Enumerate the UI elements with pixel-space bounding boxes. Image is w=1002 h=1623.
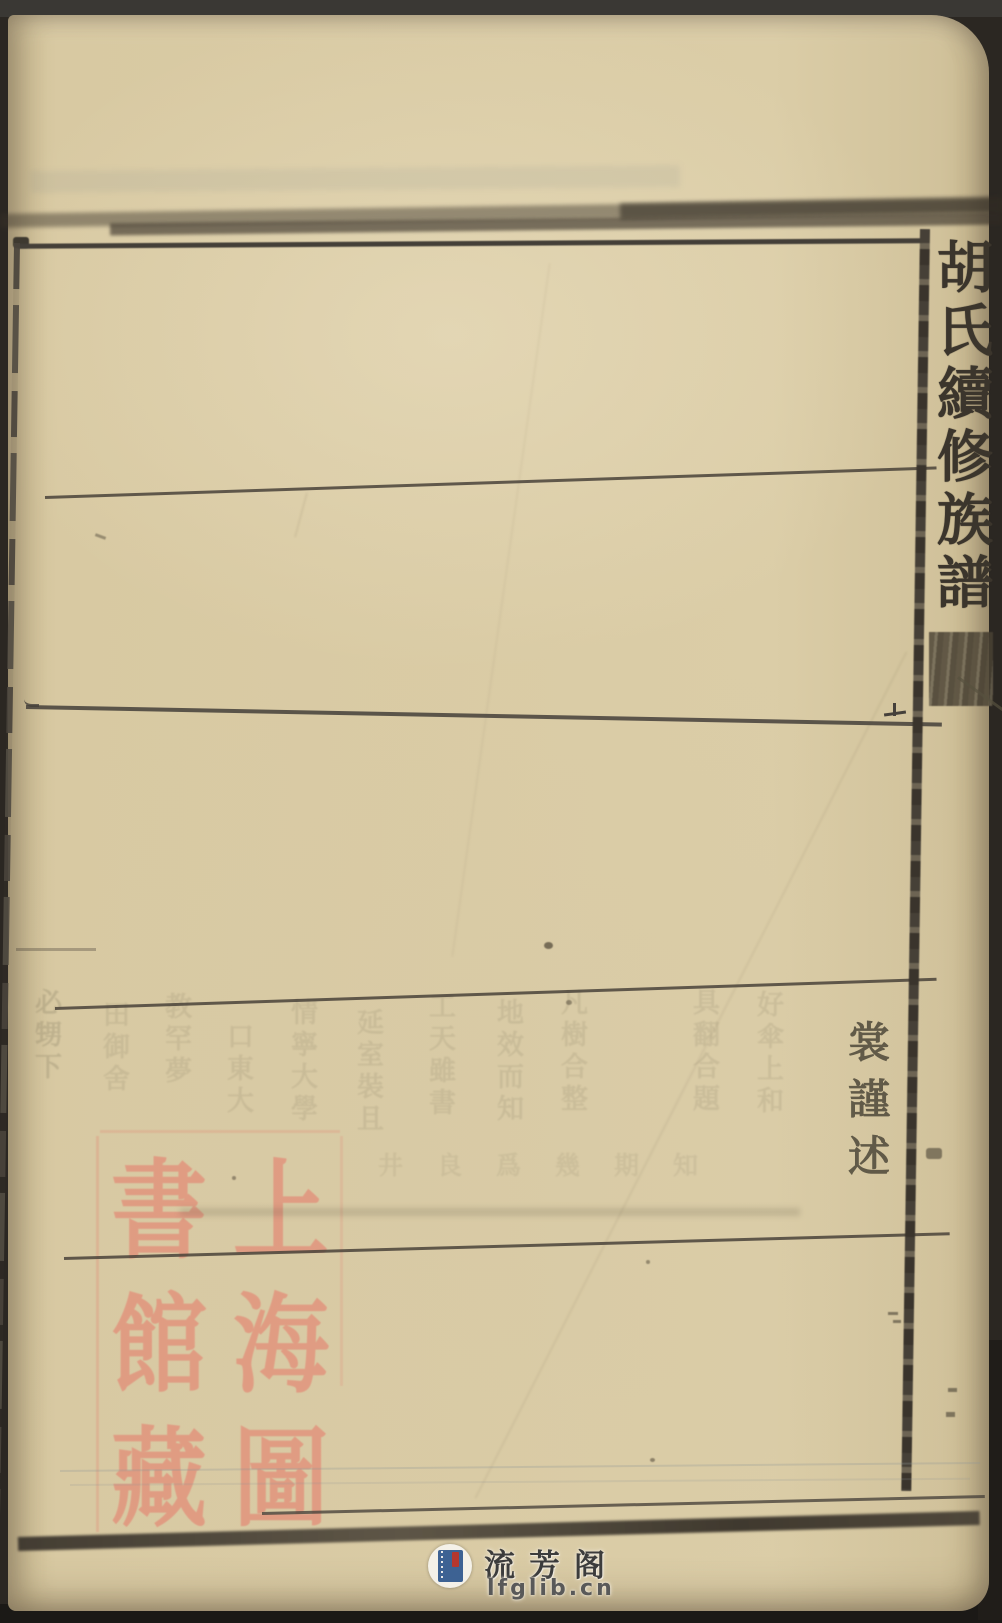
ink-smear bbox=[180, 1208, 800, 1216]
seal-border-right bbox=[340, 1136, 343, 1386]
seal-character: 海 bbox=[222, 1264, 340, 1407]
stain bbox=[650, 1458, 655, 1462]
seal-border-left bbox=[96, 1136, 99, 1532]
book-title-vertical: 胡氏續修族譜 bbox=[928, 238, 994, 638]
ink-mark bbox=[888, 1312, 898, 1315]
ink-scribble bbox=[926, 1148, 942, 1159]
seal-character: 館 bbox=[100, 1264, 218, 1407]
bleedthrough-text-row: 井良爲幾期知 bbox=[378, 1146, 778, 1182]
ink-mark bbox=[946, 1412, 955, 1417]
ruled-line-2-tick bbox=[893, 703, 896, 716]
preface-signature: 裳謹述 bbox=[848, 1020, 896, 1230]
stain bbox=[566, 1000, 572, 1005]
book-icon-binding bbox=[441, 1551, 443, 1581]
book-icon-label bbox=[452, 1552, 459, 1567]
stain bbox=[232, 1176, 236, 1180]
library-seal: 書 上 館 海 藏 圖 bbox=[96, 1130, 344, 1538]
scanned-page-photo: 必甥下 田御舍 教罕夢 口東大 情寧大學 延室裝且 工天雖書 地效而知 凡樹合整… bbox=[0, 0, 1002, 1623]
bleedthrough-text: 必甥下 bbox=[30, 988, 60, 1188]
ink-mark bbox=[893, 1320, 901, 1323]
ink-mark bbox=[948, 1388, 957, 1392]
stain bbox=[646, 1260, 650, 1264]
stain bbox=[544, 942, 553, 949]
bleedthrough-text: 地效而知 bbox=[492, 998, 522, 1218]
bleedthrough-text: 延室裝且 bbox=[352, 1008, 382, 1228]
ruled-line-short bbox=[16, 948, 96, 951]
watermark-site-domain: lfglib.cn bbox=[487, 1576, 707, 1601]
